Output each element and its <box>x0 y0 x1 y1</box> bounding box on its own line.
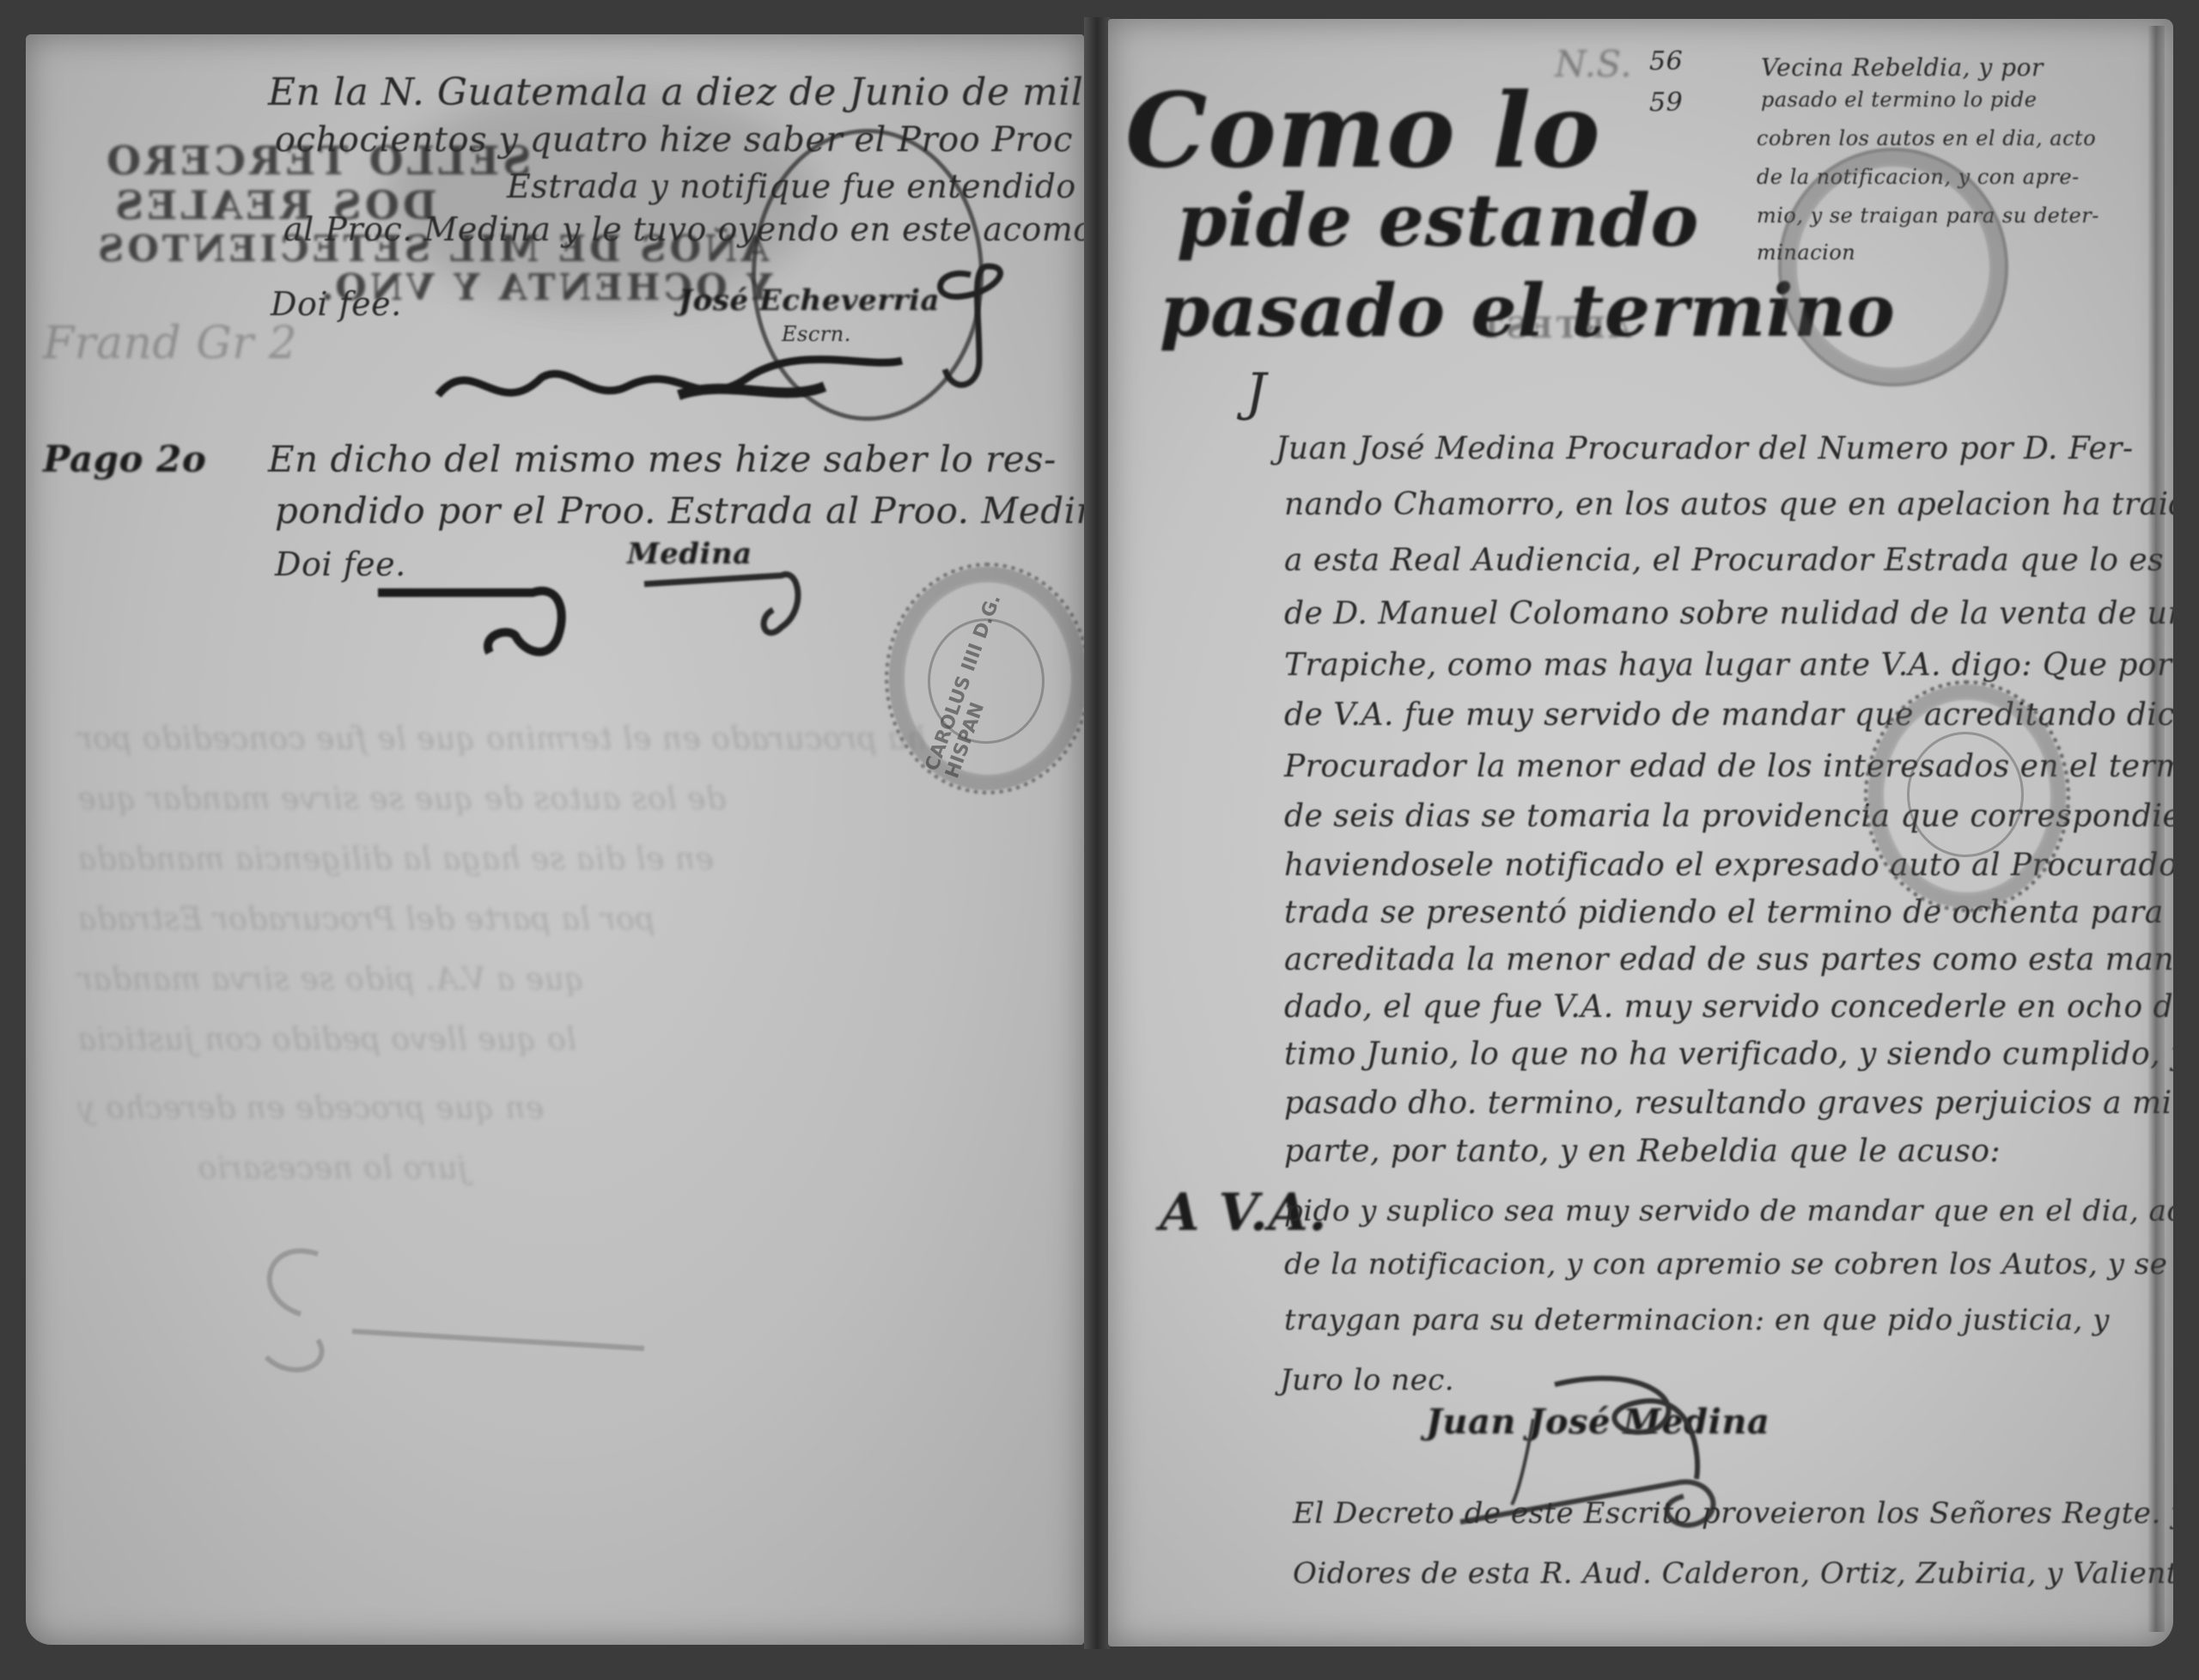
decree-large-line-2: pide estando <box>1177 178 1699 263</box>
page-edge-shadow <box>2147 26 2165 1632</box>
body-line-11: acreditada la menor edad de sus partes c… <box>1284 942 2173 977</box>
signature-flourish-entry2 <box>352 550 833 687</box>
body-line-5: Trapiche, como mas haya lugar ante V.A. … <box>1284 648 2173 683</box>
bleed-signature <box>215 1220 661 1391</box>
petition-line-4: Juro lo nec. <box>1280 1363 1454 1397</box>
petition-line-1: pido y suplico sea muy servido de mandar… <box>1284 1194 2173 1228</box>
petition-line-3: traygan para su determinacion: en que pi… <box>1284 1303 2110 1337</box>
bleed-line: lo que llevo pedido con justicia <box>77 1022 576 1057</box>
decree-small-line-1: Vecina Rebeldia, y por <box>1761 53 2044 82</box>
petition-line-2: de la notificacion, y con apremio se cob… <box>1284 1247 2167 1281</box>
body-line-15: parte, por tanto, y en Rebeldia que le a… <box>1284 1134 2001 1169</box>
body-line-10: trada se presentó pidiendo el termino de… <box>1284 895 2164 930</box>
closing-line-2: Oidores de esta R. Aud. Calderon, Ortiz,… <box>1293 1556 2173 1591</box>
body-line-13: timo Junio, lo que no ha verificado, y s… <box>1284 1037 2173 1072</box>
bleed-line: ha procurado en el termino que le fue co… <box>77 721 926 757</box>
bleed-line: en el dia se haga la diligencia mandada <box>77 842 714 877</box>
bleed-line: por la parte del Procurador Estrada <box>77 902 655 937</box>
body-line-14: pasado dho. termino, resultando graves p… <box>1284 1086 2172 1121</box>
bleed-through-scrawl: Frand Gr 2 <box>43 318 297 369</box>
rubric-knot <box>919 258 1039 412</box>
folio-number-1: 56 <box>1649 46 1683 76</box>
closing-line-1: El Decreto de este Escrito proveieron lo… <box>1293 1496 2173 1531</box>
bleed-line: en que procede en derecho y <box>77 1091 544 1126</box>
microfilm-scan: SELLO TERCERO DOS REALES AÑOS DE MIL SET… <box>0 0 2199 1680</box>
folio-number-2: 59 <box>1649 88 1683 118</box>
right-page: ARTEST N.S. 56 59 Como lo pide estando p… <box>1108 19 2173 1647</box>
signature-flourish-estrada <box>421 326 971 438</box>
decree-small-line-3: cobren los autos en el dia, acto <box>1757 126 2096 150</box>
opening-mark: J <box>1246 362 1267 423</box>
decree-large-line-1: Como lo <box>1125 70 1600 192</box>
bleed-line: juro lo necesario <box>198 1151 467 1186</box>
body-line-4: de D. Manuel Colomano sobre nulidad de l… <box>1284 596 2173 631</box>
entry1-line-1: En la N. Guatemala a diez de Junio de mi… <box>268 70 1083 114</box>
entry2-line-1: En dicho del mismo mes hize saber lo res… <box>268 438 1057 480</box>
royal-seal-top-right <box>1778 148 2008 387</box>
entry2-line-2: pondido por el Proo. Estrada al Proo. Me… <box>275 490 1084 532</box>
left-page: SELLO TERCERO DOS REALES AÑOS DE MIL SET… <box>26 34 1084 1645</box>
body-line-1: Juan José Medina Procurador del Numero p… <box>1276 431 2134 466</box>
margin-note-pago: Pago 2o <box>43 438 206 480</box>
bleed-line: que a V.A. pido se sirva mandar <box>77 962 584 997</box>
book-gutter <box>1084 17 1110 1649</box>
decree-small-line-2: pasado el termino lo pide <box>1761 88 2037 112</box>
bleed-line: de los autos de que se sirve mandar que <box>77 782 726 817</box>
entry1-line-2: ochocientos y quatro hize saber el Proo … <box>275 120 1073 160</box>
body-line-3: a esta Real Audiencia, el Procurador Est… <box>1284 543 2164 578</box>
body-line-2: nando Chamorro, en los autos que en apel… <box>1284 487 2173 522</box>
body-line-12: dado, el que fue V.A. muy servido conced… <box>1284 989 2173 1025</box>
royal-seal-mid-right-inner <box>1907 732 2024 857</box>
